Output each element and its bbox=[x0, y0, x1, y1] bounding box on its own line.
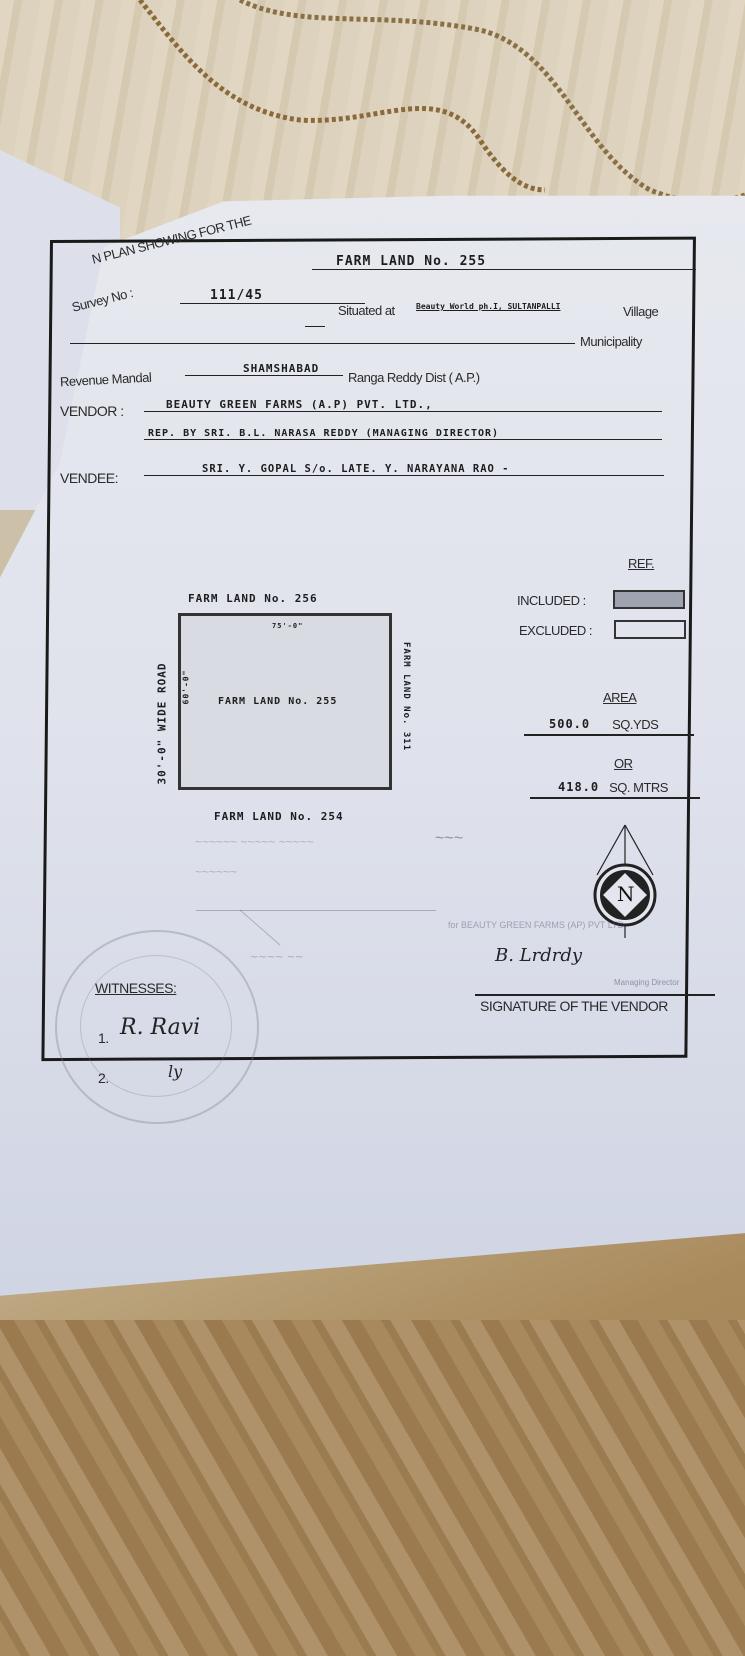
witness-2-number: 2. bbox=[98, 1070, 109, 1086]
situated-label: Situated at bbox=[338, 303, 395, 318]
svg-text:~~~~ ~~: ~~~~ ~~ bbox=[250, 952, 303, 963]
municipality-label: Municipality bbox=[580, 334, 642, 349]
district-label: Ranga Reddy Dist ( A.P.) bbox=[348, 370, 480, 385]
excluded-swatch bbox=[614, 620, 686, 639]
east-neighbor: FARM LAND No. 311 bbox=[401, 642, 411, 751]
area-sq-yds-value: 500.0 bbox=[524, 717, 590, 732]
witness-1-signature: R. Ravi bbox=[120, 1015, 200, 1040]
ref-heading: REF. bbox=[628, 556, 654, 571]
revenue-mandal-value: SHAMSHABAD bbox=[185, 362, 343, 376]
village-label: Village bbox=[623, 304, 658, 319]
area-sq-mtrs-value: 418.0 bbox=[530, 780, 599, 795]
vendor-stamp-text: for BEAUTY GREEN FARMS (AP) PVT LTD bbox=[448, 920, 624, 930]
signature-line bbox=[475, 994, 715, 996]
included-swatch bbox=[613, 590, 685, 609]
witness-1-number: 1. bbox=[98, 1030, 109, 1046]
plot-label: FARM LAND No. 255 bbox=[218, 696, 337, 707]
situated-value: Beauty World ph.I, SULTANPALLI bbox=[416, 302, 561, 311]
south-neighbor: FARM LAND No. 254 bbox=[214, 810, 344, 823]
vendee-label: VENDEE: bbox=[60, 470, 118, 486]
included-label: INCLUDED : bbox=[517, 593, 586, 608]
municipality-line bbox=[70, 343, 575, 344]
background-fabric-bottom bbox=[0, 1320, 745, 1656]
area-sq-yds-row: 500.0 SQ.YDS bbox=[524, 717, 694, 736]
vendee-value: SRI. Y. GOPAL S/o. LATE. Y. NARAYANA RAO… bbox=[144, 463, 664, 476]
compass-label: N bbox=[617, 882, 635, 906]
witnesses-heading: WITNESSES: bbox=[95, 980, 176, 996]
dash-mark bbox=[305, 326, 325, 327]
witness-2-signature: ly bbox=[168, 1062, 182, 1081]
vendor-signature: B. Lrdrdy bbox=[495, 945, 582, 966]
survey-value: 111/45 bbox=[180, 288, 365, 304]
vendor-line-2: REP. BY SRI. B.L. NARASA REDDY (MANAGING… bbox=[144, 428, 662, 440]
north-neighbor: FARM LAND No. 256 bbox=[188, 592, 318, 605]
west-neighbor: 30'-0" WIDE ROAD bbox=[156, 663, 169, 785]
top-dimension: 75'-0" bbox=[272, 622, 303, 630]
vendor-line-1: BEAUTY GREEN FARMS (A.P) PVT. LTD., bbox=[144, 398, 662, 412]
bleed-through-text: ~~~~~~ bbox=[195, 865, 237, 879]
area-sq-mtrs-row: 418.0 SQ. MTRS bbox=[530, 780, 700, 799]
vendor-label: VENDOR : bbox=[60, 403, 124, 419]
bleed-through-text: ~~~~~~ ~~~~~ ~~~~~ bbox=[195, 835, 314, 849]
excluded-label: EXCLUDED : bbox=[519, 623, 592, 638]
signature-caption: SIGNATURE OF THE VENDOR bbox=[480, 998, 668, 1014]
faint-stamp-mark: ~~~~ ~~ bbox=[230, 905, 330, 965]
area-heading: AREA bbox=[603, 690, 636, 705]
title-value: FARM LAND No. 255 bbox=[312, 254, 696, 270]
bleed-through-text: ~~~ bbox=[435, 830, 463, 848]
area-sq-mtrs-unit: SQ. MTRS bbox=[609, 780, 668, 795]
area-or-label: OR bbox=[614, 756, 633, 771]
area-sq-yds-unit: SQ.YDS bbox=[612, 717, 658, 732]
side-dimension: 60'-0" bbox=[182, 670, 191, 705]
vendor-designation: Managing Director bbox=[614, 978, 679, 987]
